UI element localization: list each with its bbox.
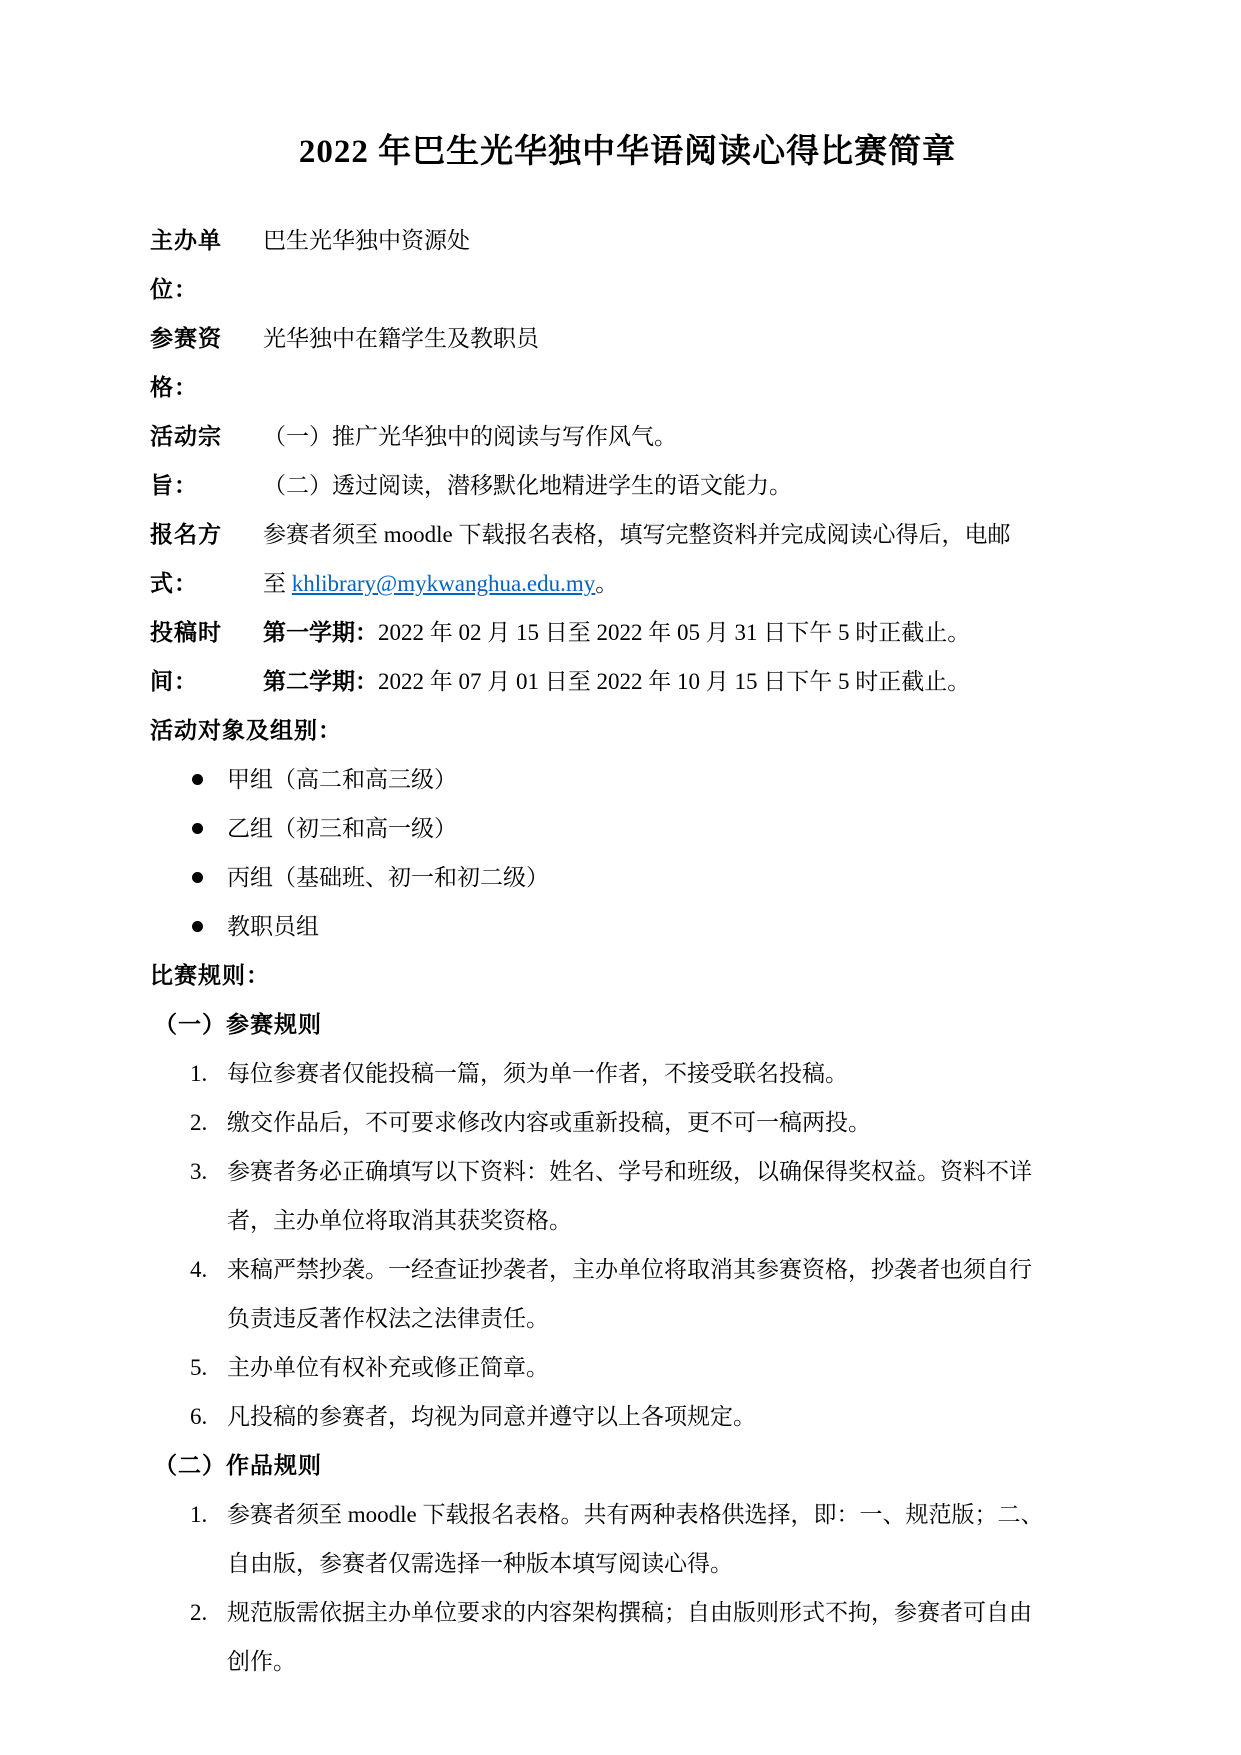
rule-item: 1. 参赛者须至 moodle 下载报名表格。共有两种表格供选择，即：一、规范版… — [190, 1490, 1105, 1588]
rule-text: 负责违反著作权法之法律责任。 — [227, 1294, 1105, 1343]
list-item-group-a: 甲组（高二和高三级） — [192, 755, 1105, 804]
eligibility-label: 参赛资格： — [150, 314, 263, 412]
deadline-label: 投稿时间： — [150, 608, 263, 706]
deadline-semester-1: 第一学期：2022 年 02 月 15 日至 2022 年 05 月 31 日下… — [263, 608, 1105, 657]
bullet-icon — [192, 921, 203, 932]
registration-line-1: 参赛者须至 moodle 下载报名表格，填写完整资料并完成阅读心得后，电邮 — [263, 510, 1105, 559]
bullet-icon — [192, 872, 203, 883]
rule-number: 5. — [190, 1343, 227, 1392]
document-page: 2022 年巴生光华独中华语阅读心得比赛简章 主办单位： 巴生光华独中资源处 参… — [0, 0, 1241, 1686]
rule-number: 4. — [190, 1245, 227, 1294]
purpose-line-1: （一）推广光华独中的阅读与写作风气。 — [263, 412, 1105, 461]
registration-label: 报名方式： — [150, 510, 263, 608]
deadline-semester-2: 第二学期：2022 年 07 月 01 日至 2022 年 10 月 15 日下… — [263, 657, 1105, 706]
rule-text: 主办单位有权补充或修正简章。 — [227, 1343, 1105, 1392]
list-item-group-staff: 教职员组 — [192, 902, 1105, 951]
rule-text: 每位参赛者仅能投稿一篇，须为单一作者，不接受联名投稿。 — [227, 1049, 1105, 1098]
info-row-registration: 报名方式： 参赛者须至 moodle 下载报名表格，填写完整资料并完成阅读心得后… — [150, 510, 1105, 608]
organizer-value: 巴生光华独中资源处 — [263, 216, 1105, 265]
semester-1-label: 第一学期： — [263, 620, 378, 645]
rule-number: 2. — [190, 1098, 227, 1147]
rule-text: 来稿严禁抄袭。一经查证抄袭者，主办单位将取消其参赛资格，抄袭者也须自行 — [227, 1245, 1105, 1294]
organizer-label: 主办单位： — [150, 216, 263, 314]
rule-text: 参赛者务必正确填写以下资料：姓名、学号和班级，以确保得奖权益。资料不详 — [227, 1147, 1105, 1196]
rule-number: 1. — [190, 1490, 227, 1539]
rule-text: 创作。 — [227, 1637, 1105, 1686]
purpose-label: 活动宗旨： — [150, 412, 263, 510]
rule-number: 1. — [190, 1049, 227, 1098]
semester-2-label: 第二学期： — [263, 669, 378, 694]
rule-text: 参赛者须至 moodle 下载报名表格。共有两种表格供选择，即：一、规范版；二、 — [227, 1490, 1105, 1539]
registration-email-suffix: 。 — [595, 571, 618, 596]
rules-heading: 比赛规则： — [150, 951, 1105, 1000]
rule-item: 2. 缴交作品后，不可要求修改内容或重新投稿，更不可一稿两投。 — [190, 1098, 1105, 1147]
rules-section2-heading: （二）作品规则 — [154, 1441, 1105, 1490]
page-title: 2022 年巴生光华独中华语阅读心得比赛简章 — [150, 128, 1105, 176]
bullet-icon — [192, 774, 203, 785]
semester-2-text: 2022 年 07 月 01 日至 2022 年 10 月 15 日下午 5 时… — [378, 669, 970, 694]
rule-item: 5. 主办单位有权补充或修正简章。 — [190, 1343, 1105, 1392]
group-a-label: 甲组（高二和高三级） — [227, 755, 457, 804]
registration-email-prefix: 至 — [263, 571, 292, 596]
semester-1-text: 2022 年 02 月 15 日至 2022 年 05 月 31 日下午 5 时… — [378, 620, 970, 645]
groups-heading: 活动对象及组别： — [150, 706, 1105, 755]
info-row-eligibility: 参赛资格： 光华独中在籍学生及教职员 — [150, 314, 1105, 412]
group-c-label: 丙组（基础班、初一和初二级） — [227, 853, 549, 902]
rule-item: 1. 每位参赛者仅能投稿一篇，须为单一作者，不接受联名投稿。 — [190, 1049, 1105, 1098]
info-row-organizer: 主办单位： 巴生光华独中资源处 — [150, 216, 1105, 314]
rule-number: 6. — [190, 1392, 227, 1441]
rule-item: 6. 凡投稿的参赛者，均视为同意并遵守以上各项规定。 — [190, 1392, 1105, 1441]
eligibility-value: 光华独中在籍学生及教职员 — [263, 314, 1105, 363]
rule-text: 者，主办单位将取消其获奖资格。 — [227, 1196, 1105, 1245]
rule-number: 3. — [190, 1147, 227, 1196]
rule-number: 2. — [190, 1588, 227, 1637]
info-row-purpose: 活动宗旨： （一）推广光华独中的阅读与写作风气。 （二）透过阅读，潜移默化地精进… — [150, 412, 1105, 510]
rules-section1-heading: （一）参赛规则 — [154, 1000, 1105, 1049]
group-b-label: 乙组（初三和高一级） — [227, 804, 457, 853]
bullet-icon — [192, 823, 203, 834]
rule-text: 缴交作品后，不可要求修改内容或重新投稿，更不可一稿两投。 — [227, 1098, 1105, 1147]
rule-item: 2. 规范版需依据主办单位要求的内容架构撰稿；自由版则形式不拘，参赛者可自由 创… — [190, 1588, 1105, 1686]
rule-text: 自由版，参赛者仅需选择一种版本填写阅读心得。 — [227, 1539, 1105, 1588]
group-staff-label: 教职员组 — [227, 902, 319, 951]
info-row-deadline: 投稿时间： 第一学期：2022 年 02 月 15 日至 2022 年 05 月… — [150, 608, 1105, 706]
email-link[interactable]: khlibrary@mykwanghua.edu.my — [292, 571, 596, 596]
registration-line-2: 至 khlibrary@mykwanghua.edu.my。 — [263, 559, 1105, 608]
rule-item: 3. 参赛者务必正确填写以下资料：姓名、学号和班级，以确保得奖权益。资料不详 者… — [190, 1147, 1105, 1245]
rule-item: 4. 来稿严禁抄袭。一经查证抄袭者，主办单位将取消其参赛资格，抄袭者也须自行 负… — [190, 1245, 1105, 1343]
list-item-group-c: 丙组（基础班、初一和初二级） — [192, 853, 1105, 902]
list-item-group-b: 乙组（初三和高一级） — [192, 804, 1105, 853]
purpose-line-2: （二）透过阅读，潜移默化地精进学生的语文能力。 — [263, 461, 1105, 510]
rule-text: 凡投稿的参赛者，均视为同意并遵守以上各项规定。 — [227, 1392, 1105, 1441]
rule-text: 规范版需依据主办单位要求的内容架构撰稿；自由版则形式不拘，参赛者可自由 — [227, 1588, 1105, 1637]
